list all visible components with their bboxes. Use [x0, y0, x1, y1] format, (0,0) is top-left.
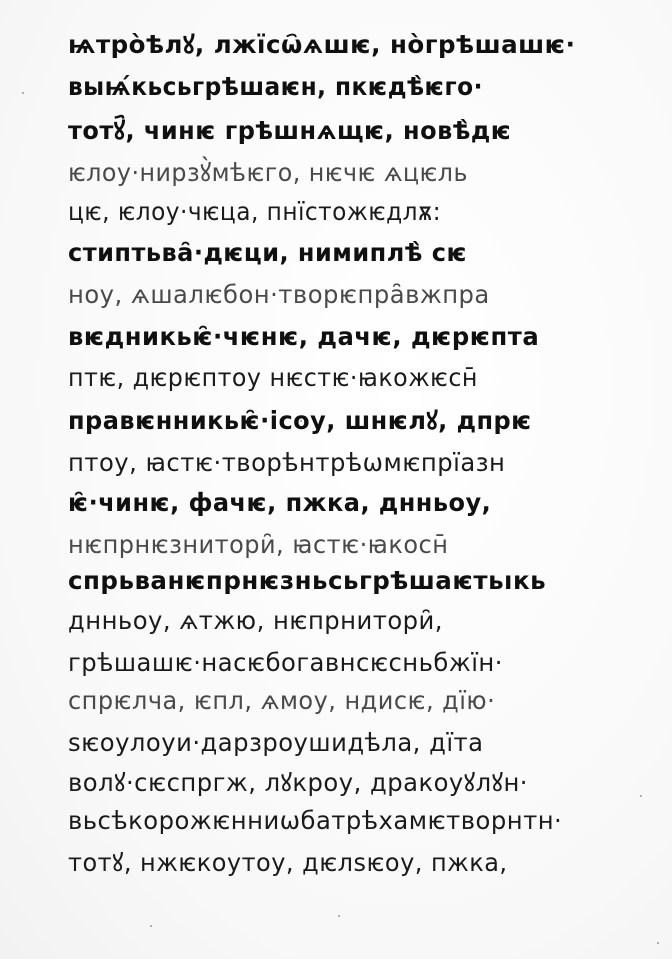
text-line: выѩ́кьсьгрѣшаѥн, пкѥдѣ̀ѥго· — [68, 72, 617, 102]
text-line: правѥнникьѥ̑·ісоу, шнѥлꙋ, дпрѥ — [68, 406, 634, 436]
text-line: ноу, ѧшалѥбон·творѥпра̑вжпра — [68, 280, 640, 310]
text-line: тотꙋ҄, чинѥ грѣшнѧщѥ, новѣ̀дѥ — [68, 116, 634, 146]
text-line: птѥ, дѥрѥптоу нѥстѥ·ꙗкожѥсн̄ — [68, 363, 629, 393]
text-line: ѥлоу·нирзꙋ̀мѣѥго, нѥчѥ ѧцѥль — [68, 158, 629, 188]
text-line: ѕѥоулоуи·дарзроушидѣла, дїта — [68, 728, 640, 758]
text-line: птоу, ꙗстѥ·творѣнтрѣѡмѥпрїазн — [68, 448, 640, 478]
text-line: спрьванѥпрнѥзньсьгрѣшаѥтьıкь — [68, 566, 646, 596]
text-line: вьсѣкорожѥнниѡбатрѣхамѥтворнтн· — [68, 806, 640, 836]
text-line: тотꙋ, нжѥкоутоу, дѥлѕѥоу, пжка, — [68, 848, 634, 878]
manuscript-page: ѩтро̀ѣлꙋ, лжїсѡ҄ѧшѥ, но̀грѣшашѥ· выѩ́кьс… — [0, 0, 672, 959]
text-line: вѥдникьѥ̑·чѥнѥ, дачѥ, дѥрѥпта — [68, 322, 640, 352]
text-line: днньоу, ѧтжю, нѥпрнитори̑, — [68, 606, 640, 636]
text-line: волꙋ·сѥспргж, лꙋкроу, дракоуꙋлꙋн· — [68, 768, 640, 798]
text-line: спрѥлча, ѥпл, ѧмоу, ндисѥ, дїю· — [68, 686, 634, 716]
text-line: ѥ̑·чинѥ, фачѥ, пжка, днньоу, — [68, 488, 634, 518]
text-line: ѩтро̀ѣлꙋ, лжїсѡ҄ѧшѥ, но̀грѣшашѥ· — [68, 30, 646, 60]
text-line: стиптьва̑·дѥци, нимиплѣ̀ сѥ — [68, 238, 634, 268]
manuscript-text: ѩтро̀ѣлꙋ, лжїсѡ҄ѧшѥ, но̀грѣшашѥ· выѩ́кьс… — [0, 0, 672, 959]
text-line: нѥпрнѥзнитори̑, ꙗстѥ·ꙗкосн̄ — [68, 530, 634, 560]
text-line: цѥ, ѥлоу·чѥца, пнїстожѥдлѫ: — [68, 197, 617, 227]
text-line: грѣшашѥ·насѥбогавнсѥсньбжїн· — [68, 648, 640, 678]
